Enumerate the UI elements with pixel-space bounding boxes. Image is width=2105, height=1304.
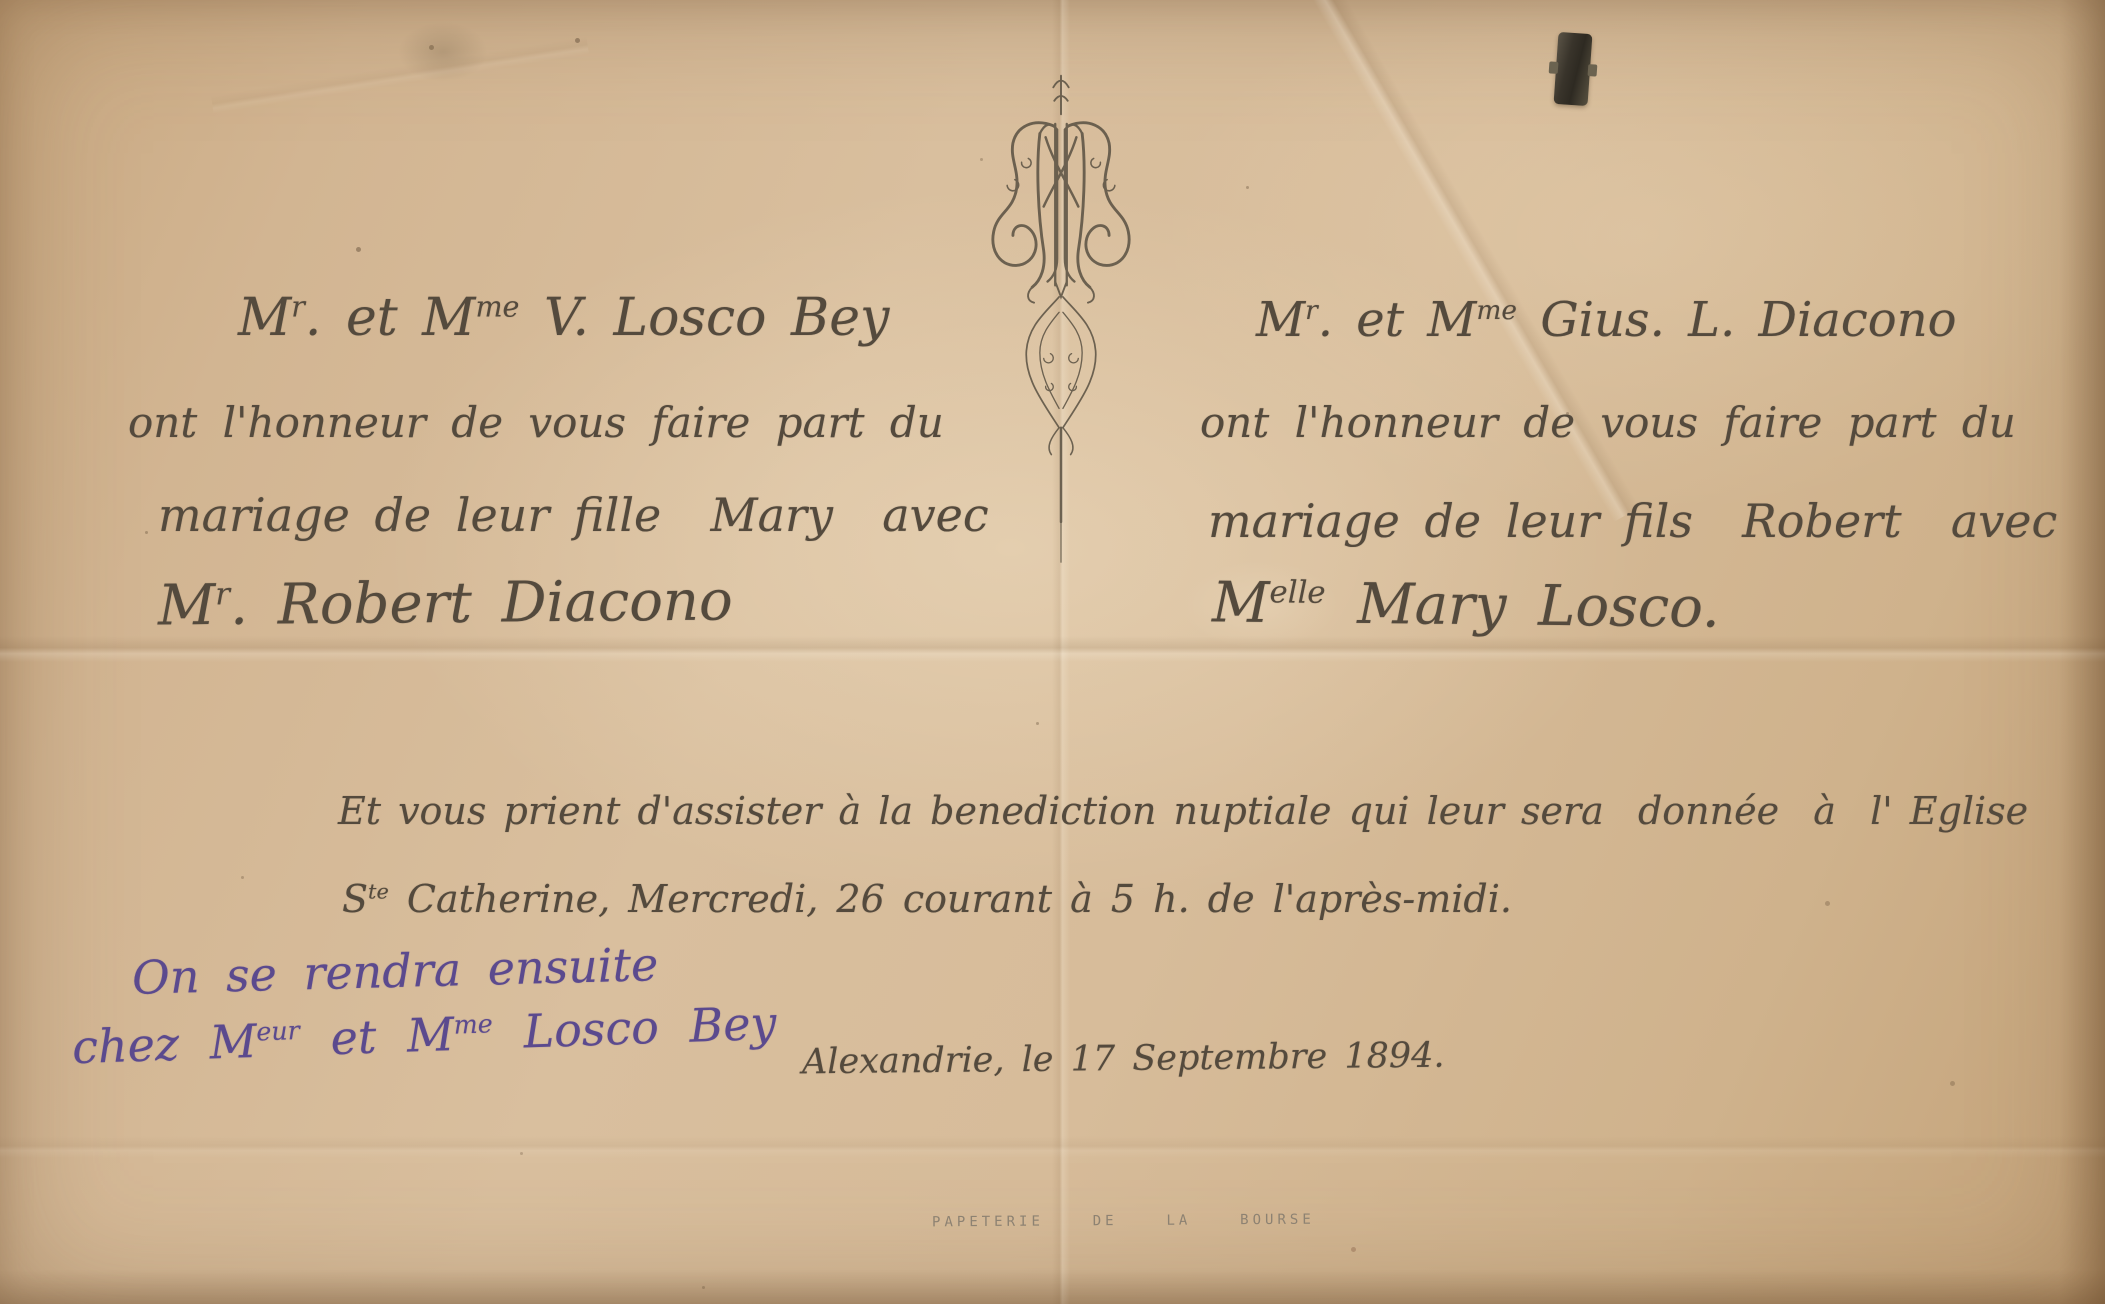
- text-segment: S: [342, 877, 368, 921]
- text-segment: chez M: [71, 1014, 257, 1074]
- text-segment: Losco Bey: [492, 996, 777, 1060]
- dateline: Alexandrie, le 17 Septembre 1894.: [802, 1039, 1445, 1081]
- text-segment: M: [158, 573, 216, 638]
- right-edge-shadow: [2059, 0, 2105, 1304]
- text-segment: Mary Losco.: [1325, 572, 1720, 641]
- text-segment: . Robert Diacono: [230, 568, 733, 637]
- paper-speckles: [0, 0, 3, 3]
- handwritten-note-line2: chez Meur et Mme Losco Bey: [71, 1000, 777, 1071]
- text-segment: . et M: [1318, 292, 1477, 348]
- superscript: elle: [1269, 574, 1326, 611]
- superscript: me: [1476, 295, 1517, 326]
- superscript: me: [453, 1009, 493, 1039]
- bottom-edge-shadow: [0, 1270, 2105, 1304]
- interlaced-monogram-icon: [983, 70, 1139, 570]
- right-marriage-line: mariage de leur fils Robert avec: [1208, 498, 2057, 544]
- text-segment: M: [1256, 292, 1305, 348]
- benediction-invitation-line: Et vous prient d'assister à la benedicti…: [338, 792, 2028, 830]
- superscript: r: [291, 290, 305, 324]
- fold-crease-horizontal-lower: [0, 1136, 2105, 1158]
- church-date-time-line: Ste Catherine, Mercredi, 26 courant à 5 …: [342, 880, 1512, 918]
- superscript: me: [475, 290, 519, 324]
- right-bride-name: Melle Mary Losco.: [1212, 575, 1720, 636]
- crease-diagonal-top-left: [211, 36, 589, 113]
- superscript: r: [1305, 295, 1318, 326]
- left-groom-name: Mr. Robert Diacono: [158, 573, 733, 634]
- paper-stain: [398, 22, 488, 82]
- superscript: eur: [256, 1016, 300, 1046]
- superscript: r: [215, 576, 230, 612]
- handwritten-note-line1: On se rendra ensuite: [131, 941, 658, 1001]
- superscript: te: [368, 879, 389, 903]
- text-segment: V. Losco Bey: [519, 288, 889, 348]
- right-honor-line: ont l'honneur de vous faire part du: [1200, 402, 2016, 444]
- left-honor-line: ont l'honneur de vous faire part du: [128, 402, 944, 444]
- invitation-document: Mr. et Mme V. Losco Bey ont l'honneur de…: [0, 0, 2105, 1304]
- text-segment: et M: [299, 1007, 455, 1066]
- printer-mark: PAPETERIE DE LA BOURSE: [932, 1212, 1315, 1231]
- right-parents-names: Mr. et Mme Gius. L. Diacono: [1256, 296, 1957, 344]
- metal-clip: [1554, 32, 1593, 106]
- text-segment: Catherine, Mercredi, 26 courant à 5 h. d…: [389, 877, 1512, 921]
- text-segment: M: [238, 288, 291, 348]
- left-parents-names: Mr. et Mme V. Losco Bey: [238, 292, 889, 344]
- text-segment: Gius. L. Diacono: [1517, 292, 1956, 348]
- left-marriage-line: mariage de leur fille Mary avec: [158, 492, 989, 538]
- fold-crease-horizontal-middle: [0, 636, 2105, 662]
- text-segment: . et M: [305, 288, 476, 348]
- text-segment: M: [1212, 570, 1270, 636]
